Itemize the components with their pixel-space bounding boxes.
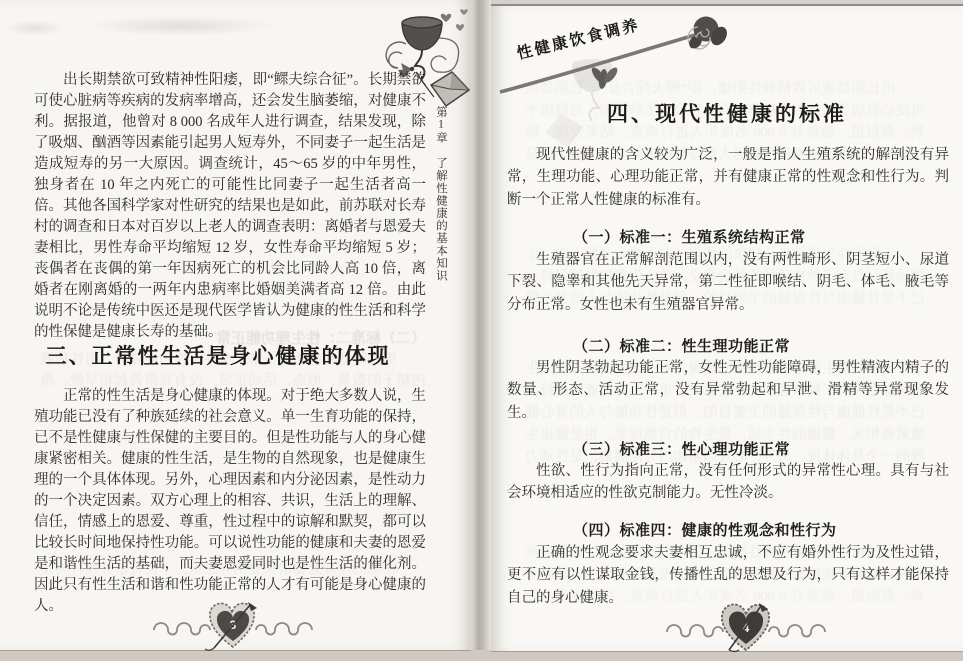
right-page: 出长期禁欲可致精神性阳痿，即“鳏夫综合征”。长期禁欲可使心脏病等疾病的发病率增高… <box>491 4 963 652</box>
body-paragraph: 性欲、性行为指向正常，没有任何形式的异常性心理。具有与社会环境相适应的性欲克制能… <box>507 460 949 505</box>
body-paragraph: 生殖器官在正常解剖范围以内，没有两性畸形、阴茎短小、尿道下裂、隐睾和其他先天异常… <box>507 249 949 316</box>
subsection-heading: （三）标准三：性心理功能正常 <box>573 438 790 459</box>
scan-smudge <box>86 16 276 36</box>
section-heading: 四、现代性健康的标准 <box>509 98 945 128</box>
subsection-heading: （四）标准四：健康的性观念和性行为 <box>573 519 837 540</box>
heart-arrow-scroll-ornament-icon: 4 <box>661 602 831 659</box>
subsection-heading: （一）标准一：生殖系统结构正常 <box>573 226 806 247</box>
scan-smudge <box>4 20 64 36</box>
body-paragraph: 男性阴茎勃起功能正常，女性无性功能障碍，男性精液内精子的数量、形态、活动正常，没… <box>507 357 949 424</box>
book-gutter <box>471 0 491 650</box>
chapter-number: 第1章 <box>435 106 447 144</box>
left-page: （二）标准二：性生理功能正常 男性阴茎勃起功能正常，女性无性功能障碍，男性精液内… <box>0 0 471 651</box>
body-paragraph: 现代性健康的含义较为广泛，一般是指人生殖系统的解剖没有异常，生理功能、心理功能正… <box>507 144 949 211</box>
subsection-heading: （二）标准二：性生理功能正常 <box>573 335 790 356</box>
scanned-book-spread: { "left_page": { "page_number": "3", "ch… <box>0 0 963 661</box>
chapter-title: 了解性健康的基本知识 <box>435 157 447 282</box>
heart-arrow-scroll-ornament-icon: 3 <box>148 600 318 657</box>
body-paragraph: 正确的性观念要求夫妻相互忠诚，不应有婚外性行为及性过错，更不应有以性谋取金钱，传… <box>507 542 949 609</box>
chapter-margin: 第1章了解性健康的基本知识 <box>434 106 448 282</box>
body-paragraph: 出长期禁欲可致精神性阳痿，即“鳏夫综合征”。长期禁欲可使心脏病等疾病的发病率增高… <box>34 70 426 343</box>
body-paragraph: 正常的性生活是身心健康的体现。对于绝大多数人说，生殖功能已没有了种族延续的社会意… <box>34 386 426 617</box>
section-heading: 三、正常性生活是身心健康的体现 <box>22 340 414 370</box>
